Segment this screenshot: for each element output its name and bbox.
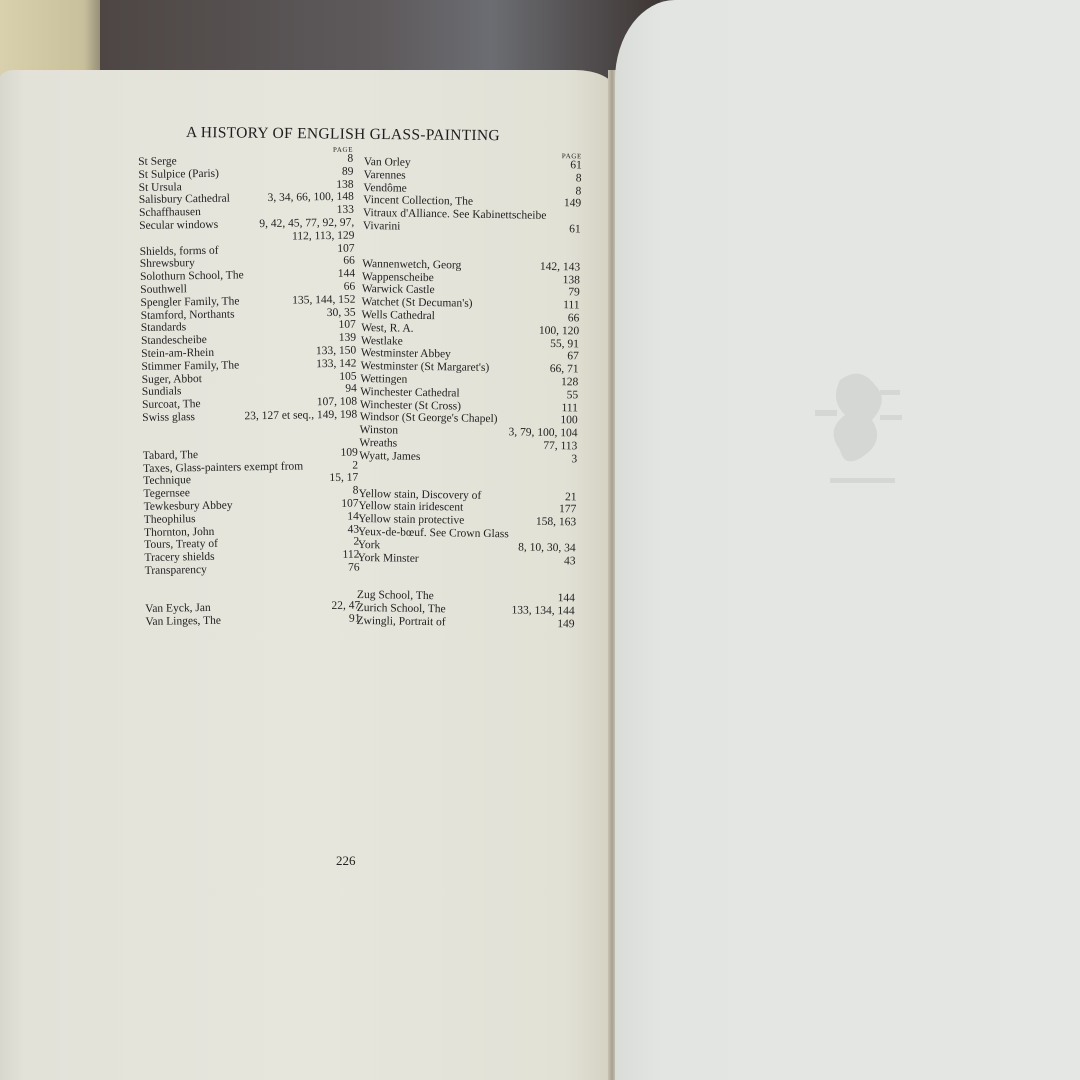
index-term: Transparency	[145, 564, 207, 578]
index-pages: 8, 10, 30, 34	[512, 541, 576, 555]
index-term: Solothurn School, The	[140, 270, 244, 284]
index-term: Westlake	[361, 335, 403, 348]
index-term: Wettingen	[360, 373, 407, 387]
index-pages: 9, 42, 45, 77, 92, 97,	[253, 217, 354, 231]
index-pages: 177	[553, 503, 576, 516]
index-term: Warwick Castle	[362, 283, 435, 297]
index-pages: 61	[563, 223, 581, 236]
index-term: Van Orley	[364, 156, 411, 170]
index-term: Technique	[143, 475, 191, 489]
index-term: Wappenscheibe	[362, 271, 434, 285]
index-term: Tracery shields	[144, 551, 214, 565]
letter-section-gap	[357, 564, 575, 592]
index-term: York Minster	[357, 551, 418, 565]
index-pages: 149	[551, 618, 574, 631]
index-term: St Serge	[138, 155, 177, 168]
index-pages: 112	[337, 549, 360, 562]
index-pages: 77, 113	[537, 440, 577, 453]
index-term: Salisbury Cathedral	[139, 193, 230, 207]
index-term: Standescheibe	[141, 334, 207, 348]
index-pages: 135, 144, 152	[286, 293, 355, 307]
page-number: 226	[336, 853, 356, 869]
index-pages: 107	[331, 242, 354, 255]
index-pages: 133, 142	[310, 357, 356, 371]
index-pages: 79	[562, 287, 580, 300]
index-term: Taxes, Glass-painters exempt from	[143, 460, 303, 475]
index-pages: 8	[341, 153, 353, 166]
index-term: Secular windows	[139, 219, 218, 233]
index-pages: 22, 47	[325, 599, 360, 612]
index-pages: 107	[335, 498, 358, 511]
index-term: Van Linges, The	[145, 614, 221, 628]
index-pages: 61	[564, 159, 582, 172]
index-pages: 23, 127 et seq., 149, 198	[238, 409, 357, 424]
letter-section-gap	[142, 421, 357, 449]
index-pages: 21	[559, 491, 577, 504]
index-term: Tewkesbury Abbey	[144, 499, 233, 513]
index-pages: 66, 71	[544, 363, 579, 376]
index-term: Tabard, The	[143, 449, 198, 463]
index-term: St Sulpice (Paris)	[138, 168, 219, 182]
right-page	[615, 0, 1080, 1080]
index-term: Wells Cathedral	[361, 309, 435, 323]
index-pages: 158, 163	[530, 516, 576, 530]
index-pages: 3	[565, 453, 577, 466]
letter-section-gap	[362, 233, 580, 261]
index-pages: 55	[561, 389, 579, 402]
index-term: St Ursula	[139, 181, 182, 194]
index-term: Stein-am-Rhein	[141, 347, 214, 361]
index-pages: 100	[554, 414, 577, 427]
index-pages: 8	[347, 485, 359, 498]
index-pages: 128	[555, 376, 578, 389]
index-pages: 30, 35	[321, 306, 356, 319]
index-pages: 8	[569, 185, 581, 198]
index-pages: 107, 108	[311, 396, 357, 410]
index-term: York	[358, 539, 381, 552]
index-column-left: PAGE St Serge8St Sulpice (Paris)89St Urs…	[138, 144, 361, 629]
index-term: Theophilus	[144, 513, 196, 527]
index-term: Schaffhausen	[139, 206, 201, 220]
index-term: Zwingli, Portrait of	[356, 615, 445, 629]
index-term: Thornton, John	[144, 525, 214, 539]
index-term: Yeux-de-bœuf. See Crown Glass	[358, 526, 509, 541]
index-term: Winston	[359, 424, 398, 437]
index-pages: 149	[558, 197, 581, 210]
index-pages: 107	[332, 319, 355, 332]
index-term: Tegernsee	[143, 487, 190, 501]
publisher-emblem-icon	[810, 360, 910, 490]
index-term: Shrewsbury	[140, 257, 195, 271]
index-pages: 67	[561, 350, 579, 363]
index-term: Van Eyck, Jan	[145, 602, 211, 616]
index-term: Vendôme	[363, 182, 407, 195]
index-pages	[575, 211, 581, 224]
index-term: Tours, Treaty of	[144, 538, 218, 552]
running-title: A HISTORY OF ENGLISH GLASS-PAINTING	[186, 124, 500, 145]
index-pages: 55, 91	[544, 337, 579, 350]
index-pages: 14	[341, 510, 359, 523]
index-term: Shields, forms of	[140, 244, 219, 258]
index-pages: 138	[330, 178, 353, 191]
index-pages: 144	[332, 268, 355, 281]
index-term: Zug School, The	[357, 589, 434, 603]
index-term: Vivarini	[363, 220, 401, 233]
index-pages: 133, 150	[310, 345, 356, 359]
letter-section-gap	[145, 574, 360, 602]
index-pages: 66	[337, 255, 355, 268]
index-pages: 8	[570, 172, 582, 185]
index-pages: 144	[552, 592, 575, 605]
index-pages: 142, 143	[534, 260, 580, 274]
index-pages: 133	[331, 204, 354, 217]
index-pages: 2	[346, 459, 358, 472]
index-pages: 43	[341, 523, 359, 536]
index-pages: 105	[333, 370, 356, 383]
index-term: Surcoat, The	[142, 398, 201, 412]
index-pages: 111	[555, 402, 578, 415]
index-pages: 43	[558, 555, 576, 568]
index-term: Wreaths	[359, 437, 397, 450]
index-term: Sundials	[142, 386, 182, 399]
index-term: Varennes	[363, 169, 405, 182]
index-pages: 109	[334, 446, 357, 459]
index-pages: 66	[338, 281, 356, 294]
index-pages: 94	[339, 383, 357, 396]
index-pages: 100, 120	[533, 324, 579, 338]
index-pages: 15, 17	[323, 472, 358, 485]
index-pages: 139	[333, 332, 356, 345]
index-term: Southwell	[140, 283, 187, 297]
index-pages: 138	[557, 274, 580, 287]
index-term: Standards	[141, 322, 187, 336]
index-pages: 111	[557, 299, 580, 312]
index-term: Stamford, Northants	[141, 308, 235, 322]
index-term: Swiss glass	[142, 411, 195, 425]
index-term: Stimmer Family, The	[141, 359, 239, 373]
index-pages: 133, 134, 144	[505, 604, 574, 618]
index-term: Suger, Abbot	[142, 373, 202, 387]
index-term: Wyatt, James	[359, 450, 420, 464]
index-pages	[570, 529, 576, 542]
letter-section-gap	[359, 462, 577, 490]
index-column-right: PAGE Van Orley61Varennes8Vendôme8Vincent…	[356, 147, 582, 631]
index-pages: 66	[562, 312, 580, 325]
index-term: West, R. A.	[361, 322, 414, 336]
index-pages: 3, 79, 100, 104	[502, 426, 577, 440]
index-pages: 89	[336, 165, 354, 178]
